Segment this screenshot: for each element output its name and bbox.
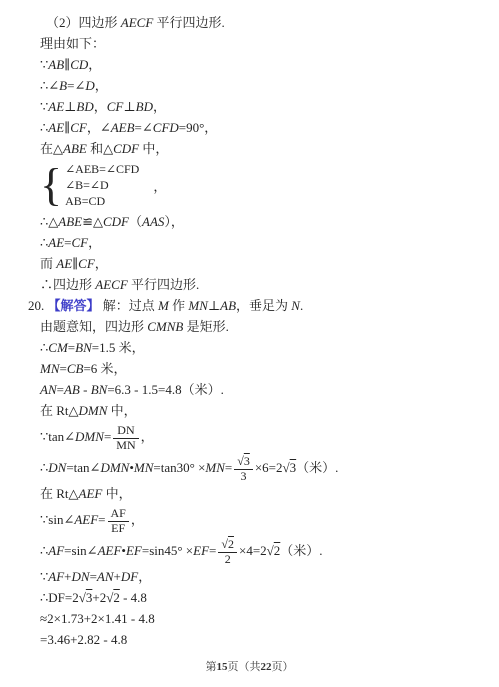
proof-step: ∴AE∥CF，∠AEB=∠CFD=90°， (40, 117, 485, 138)
proof-conclusion: 而 AE∥CF， (40, 253, 485, 274)
solution-step: 在 Rt△DMN 中， (40, 400, 485, 421)
reason-intro: 理由如下： (40, 33, 485, 54)
solution-step: =3.46+2.82 - 4.8 (40, 629, 485, 650)
system-rows: ∠AEB=∠CFD ∠B=∠D AB=CD (65, 161, 139, 209)
solution-step: ≈2×1.73+2×1.41 - 4.8 (40, 608, 485, 629)
solution-step: MN=CB=6 米， (40, 358, 485, 379)
proof-step: ∴∠B=∠D， (40, 75, 485, 96)
solution-step: ∴DF=2√3+2√2 - 4.8 (40, 587, 485, 608)
part2-heading: （2）四边形 AECF 平行四边形. (40, 12, 485, 33)
equation-text: ∴AF=sin∠AEF•EF=sin45° ×EF= (40, 543, 216, 558)
equation-text: ∵sin∠AEF= (40, 512, 106, 527)
fraction-denominator: EF (108, 522, 129, 536)
fraction-numerator: √3 (234, 455, 253, 470)
solution-step: AN=AB - BN=6.3 - 1.5=4.8（米）. (40, 379, 485, 400)
tan-fraction-line: ∵tan∠DMN=DNMN， (40, 421, 485, 452)
footer-suffix: 页） (272, 661, 294, 673)
equation-text: ×6=2√3（米）. (255, 460, 339, 475)
equation-text: ， (141, 429, 154, 444)
proof-step: ∵AB∥CD， (40, 54, 485, 75)
proof-conclusion: ∴△ABE≌△CDF（AAS）， (40, 211, 485, 232)
fraction-numerator: DN (113, 424, 138, 439)
footer-mid: 页（共 (228, 661, 261, 673)
proof-conclusion: ∴四边形 AECF 平行四边形. (40, 274, 485, 295)
proof-step: ∵AE⊥BD，CF⊥BD， (40, 96, 485, 117)
solution-step: ∴CM=BN=1.5 米， (40, 337, 485, 358)
footer-prefix: 第 (206, 661, 217, 673)
sin-fraction-line: ∵sin∠AEF=AFEF， (40, 504, 485, 535)
equation-system: ∠AEB=∠CFD ∠B=∠D AB=CD ， (40, 159, 485, 211)
page-footer: 第15页（共22页） (0, 658, 499, 674)
system-comma: ， (153, 176, 166, 195)
fraction-denominator: 2 (218, 553, 237, 567)
proof-conclusion: ∴AE=CF， (40, 232, 485, 253)
fraction: √33 (234, 455, 253, 484)
question-20-intro: 20. 【解答】 解：过点 M 作 MN⊥AB，垂足为 N. (28, 295, 485, 316)
left-brace (40, 162, 62, 208)
solution-step: ∵AF+DN=AN+DF， (40, 566, 485, 587)
document-page: （2）四边形 AECF 平行四边形. 理由如下： ∵AB∥CD， ∴∠B=∠D，… (0, 0, 499, 687)
equation-text: ， (131, 512, 144, 527)
equation-text: ∴DN=tan∠DMN•MN=tan30° ×MN= (40, 460, 232, 475)
system-row: ∠AEB=∠CFD (65, 161, 139, 177)
dn-equation-line: ∴DN=tan∠DMN•MN=tan30° ×MN=√33×6=2√3（米）. (40, 452, 485, 483)
fraction: DNMN (113, 424, 138, 453)
footer-page-number: 15 (217, 661, 228, 673)
fraction-numerator: √2 (218, 538, 237, 553)
answer-tag: 【解答】 (48, 298, 100, 313)
fraction: AFEF (108, 507, 129, 536)
equation-text: ×4=2√2（米）. (239, 543, 323, 558)
fraction-numerator: AF (108, 507, 129, 522)
solution-step: 由题意知，四边形 CMNB 是矩形. (40, 316, 485, 337)
proof-step: 在△ABE 和△CDF 中， (40, 138, 485, 159)
footer-total-pages: 22 (261, 661, 272, 673)
solution-step: 在 Rt△AEF 中， (40, 483, 485, 504)
question-number: 20. (28, 298, 44, 313)
af-equation-line: ∴AF=sin∠AEF•EF=sin45° ×EF=√22×4=2√2（米）. (40, 535, 485, 566)
solution-body: （2）四边形 AECF 平行四边形. 理由如下： ∵AB∥CD， ∴∠B=∠D，… (40, 12, 485, 650)
solution-intro: 解：过点 M 作 MN⊥AB，垂足为 N. (103, 298, 303, 313)
equation-text: ∵tan∠DMN= (40, 429, 111, 444)
fraction: √22 (218, 538, 237, 567)
system-row: AB=CD (65, 193, 139, 209)
fraction-denominator: MN (113, 439, 138, 453)
fraction-denominator: 3 (234, 470, 253, 484)
system-row: ∠B=∠D (65, 177, 139, 193)
